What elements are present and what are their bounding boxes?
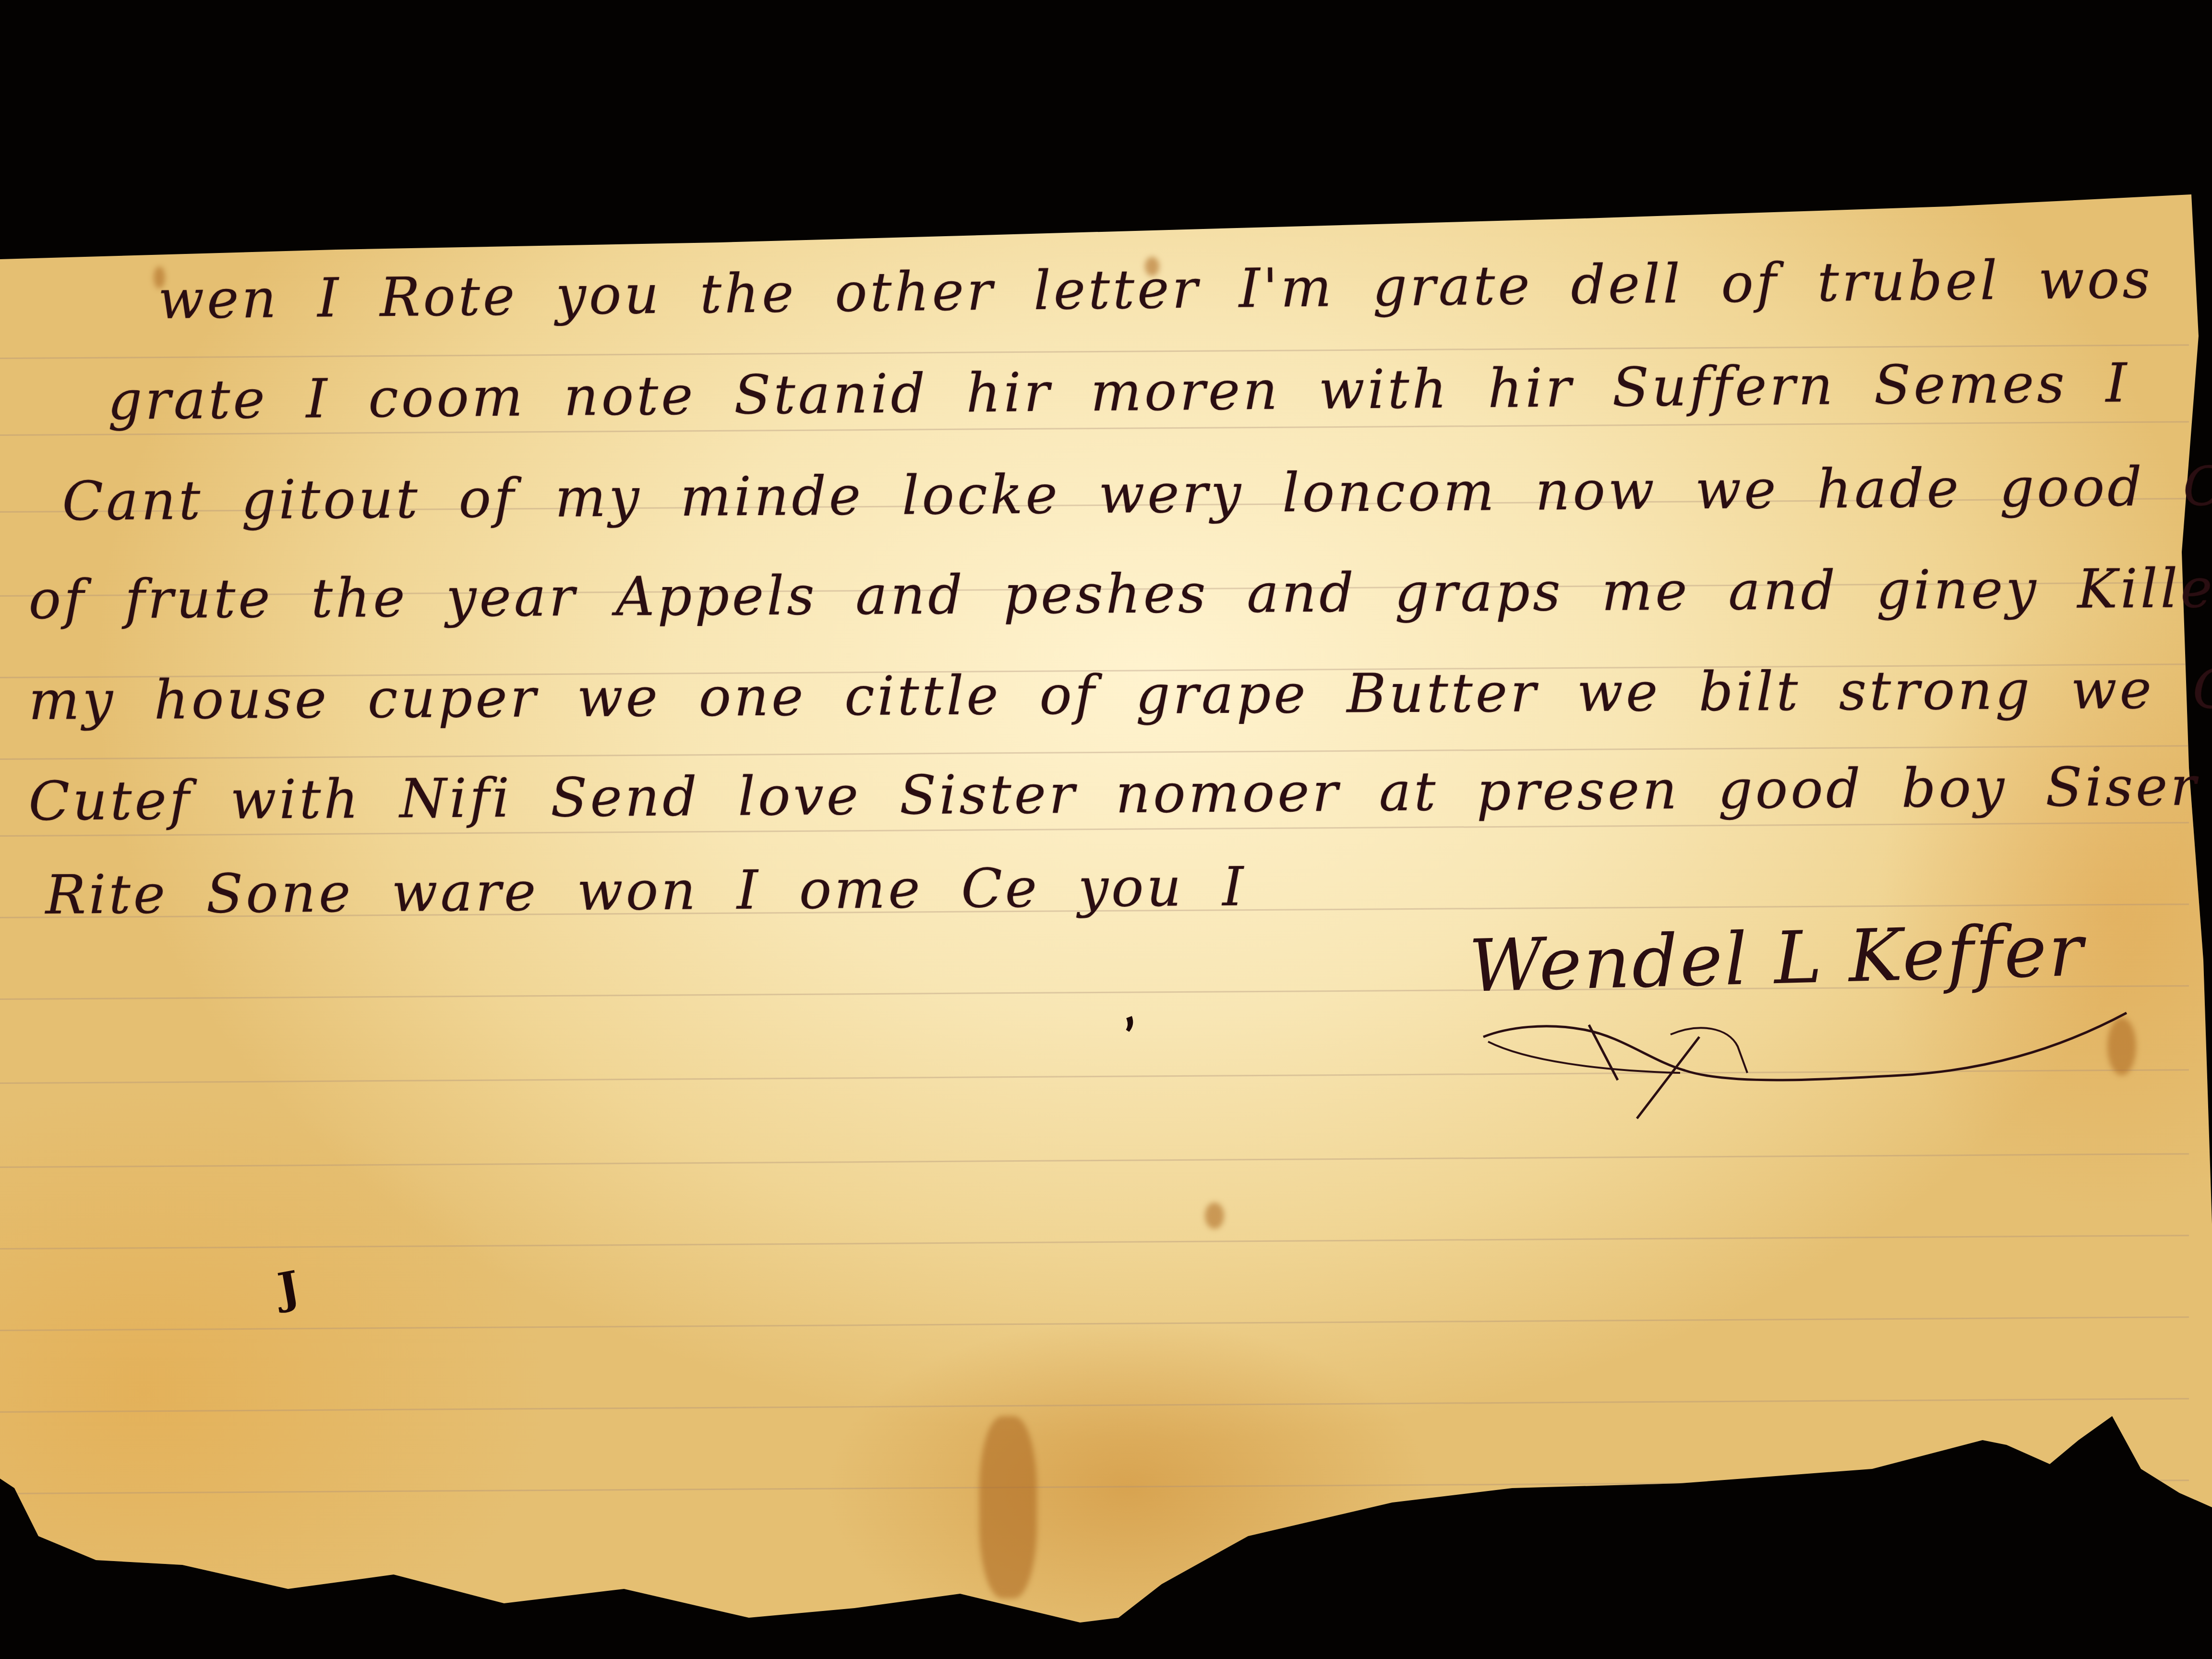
letter-line-6: Cutef with Nifi Send love Sister nomoer …: [28, 755, 2199, 833]
letter-line-5: my house cuper we one cittle of grape Bu…: [28, 658, 2212, 732]
signature-flourish: [1479, 1008, 2131, 1123]
photo-stage: wen I Rote you the other letter I'm grat…: [0, 0, 2212, 1659]
letter-line-2: grate I coom note Stanid hir moren with …: [108, 352, 2130, 432]
ink-blot: ,: [1110, 983, 1142, 1036]
letter-line-4: of frute the year Appels and peshes and …: [28, 557, 2212, 631]
letter-line-3: Cant gitout of my minde locke wery lonco…: [62, 454, 2212, 533]
letter-body: wen I Rote you the other letter I'm grat…: [0, 0, 2212, 1659]
signature: Wendel L Keffer: [1468, 909, 2086, 1009]
letter-line-1: wen I Rote you the other letter I'm grat…: [158, 248, 2153, 331]
ink-blot: J: [274, 1261, 303, 1315]
letter-line-7: Rite Sone ware won I ome Ce you I: [45, 856, 1247, 926]
